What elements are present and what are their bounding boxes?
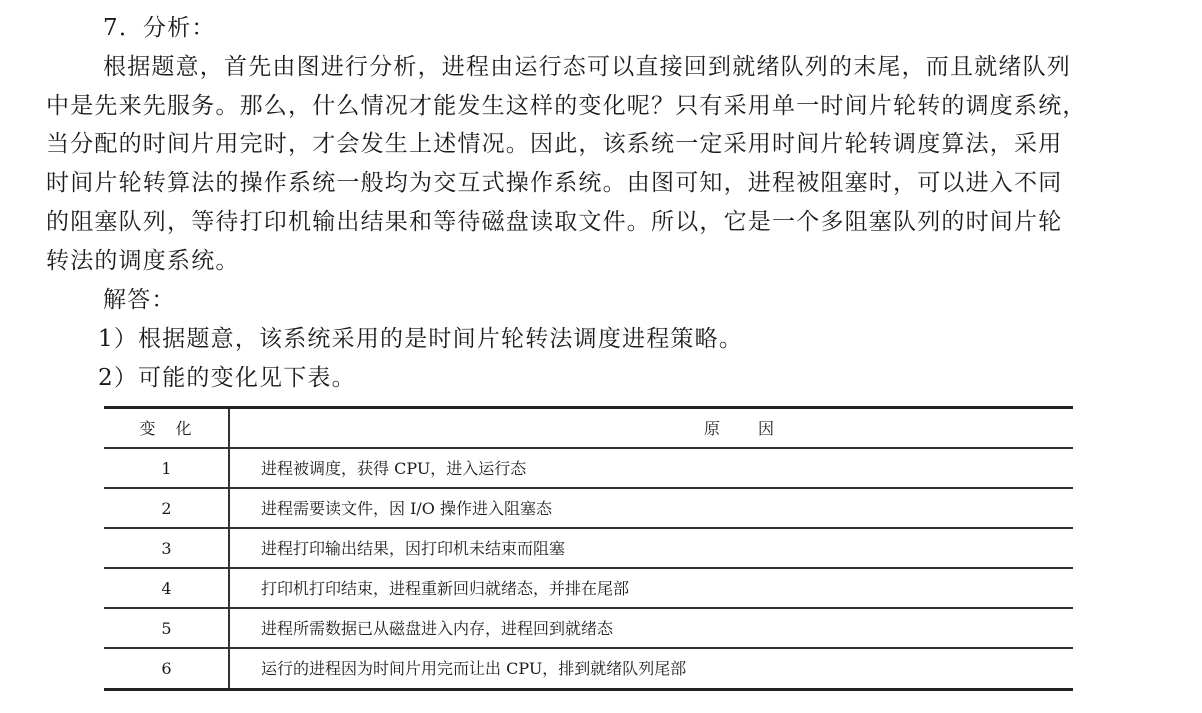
change-number: 1: [104, 449, 229, 489]
change-reason: 进程需要读文件，因 I/O 操作进入阻塞态: [261, 489, 552, 529]
change-reason: 运行的进程因为时间片用完而让出 CPU，排到就绪队列尾部: [261, 649, 686, 689]
analysis-line: 当分配的时间片用完时，才会发生上述情况。因此，该系统一定采用时间片轮转调度算法，…: [46, 130, 1062, 158]
table-row: 6 运行的进程因为时间片用完而让出 CPU，排到就绪队列尾部: [104, 649, 1073, 689]
change-number: 2: [104, 489, 229, 529]
answer-heading: 解答：: [103, 286, 176, 314]
table-bottom-rule: [104, 688, 1073, 691]
analysis-line: 中是先来先服务。那么，什么情况才能发生这样的变化呢？只有采用单一时间片轮转的调度…: [46, 92, 1087, 120]
analysis-line: 转法的调度系统。: [46, 247, 240, 275]
table-row: 2 进程需要读文件，因 I/O 操作进入阻塞态: [104, 489, 1073, 529]
table-row: 5 进程所需数据已从磁盘进入内存，进程回到就绪态: [104, 609, 1073, 649]
section-heading: 7．分析：: [103, 14, 216, 42]
analysis-line: 的阻塞队列，等待打印机输出结果和等待磁盘读取文件。所以，它是一个多阻塞队列的时间…: [46, 208, 1062, 236]
table-row: 4 打印机打印结束，进程重新回归就绪态，并排在尾部: [104, 569, 1073, 609]
answer-item-1: 1）根据题意，该系统采用的是时间片轮转法调度进程策略。: [98, 325, 743, 353]
change-number: 6: [104, 649, 229, 689]
analysis-line: 根据题意，首先由图进行分析，进程由运行态可以直接回到就绪队列的末尾，而且就绪队列: [103, 53, 1071, 81]
header-reason: 原 因: [704, 409, 776, 449]
header-change: 变 化: [104, 409, 229, 449]
change-reason: 进程打印输出结果，因打印机未结束而阻塞: [261, 529, 565, 569]
change-number: 5: [104, 609, 229, 649]
change-number: 4: [104, 569, 229, 609]
answer-item-2: 2）可能的变化见下表。: [98, 364, 356, 392]
change-reason: 打印机打印结束，进程重新回归就绪态，并排在尾部: [261, 569, 629, 609]
table-header-row: 变 化 原 因: [104, 409, 1073, 449]
change-number: 3: [104, 529, 229, 569]
table-row: 1 进程被调度，获得 CPU，进入运行态: [104, 449, 1073, 489]
change-reason: 进程所需数据已从磁盘进入内存，进程回到就绪态: [261, 609, 613, 649]
analysis-line: 时间片轮转算法的操作系统一般均为交互式操作系统。由图可知，进程被阻塞时，可以进入…: [46, 169, 1062, 197]
table-row: 3 进程打印输出结果，因打印机未结束而阻塞: [104, 529, 1073, 569]
change-reason: 进程被调度，获得 CPU，进入运行态: [261, 449, 526, 489]
